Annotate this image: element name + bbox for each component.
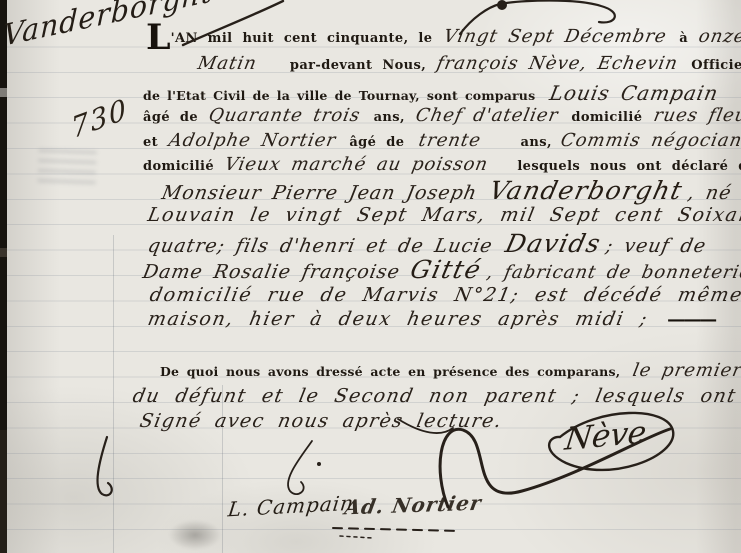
- act-line-4: âgé de Quarante trois ans, Chef d'atelie…: [143, 105, 741, 126]
- act-line-1: L'AN mil huit cent cinquante, le Vingt S…: [146, 24, 741, 52]
- act-line-9: quatre; fils d'henri et de Lucie Davids …: [148, 229, 706, 258]
- handwritten-text: Matin: [196, 53, 259, 74]
- printed-text: Officier: [691, 58, 741, 73]
- printed-text: De quoi nous avons dressé acte en présen…: [160, 364, 620, 379]
- handwritten-closing: Signé avec nous après lecture.: [138, 410, 505, 432]
- signature-witness2: Ad. Nortier: [343, 491, 484, 520]
- printed-text: âgé de: [349, 135, 404, 150]
- printed-text: ans,: [521, 135, 552, 150]
- act-line-14: du défunt et le Second non parent ; lesq…: [133, 385, 736, 407]
- handwritten-witness2-name: Adolphe Nortier: [167, 130, 338, 151]
- act-line-10: Dame Rosalie françoise Gitté , fabricant…: [143, 255, 741, 284]
- handwritten-wife-surname: Gitté: [408, 255, 485, 284]
- printed-text: de l'Etat Civil de la ville de Tournay, …: [143, 88, 535, 103]
- act-line-3: de l'Etat Civil de la ville de Tournay, …: [143, 81, 719, 105]
- act-line-12: maison, hier à deux heures après midi ; …: [148, 308, 715, 330]
- act-line-5: et Adolphe Nortier âgé de trente ans, Co…: [143, 130, 741, 151]
- handwritten-widow-of: Dame Rosalie françoise: [141, 261, 402, 283]
- handwritten-parents: quatre; fils d'henri et de Lucie: [146, 235, 495, 257]
- act-line-2: Matin par-devant Nous, françois Nève, Ec…: [198, 53, 741, 74]
- handwritten-address: Vieux marché au poisson: [223, 154, 490, 175]
- handwritten-profession: Chef d'atelier: [414, 105, 560, 126]
- handwritten-text: , né à: [686, 182, 741, 204]
- act-line-13: De quoi nous avons dressé acte en présen…: [160, 360, 741, 381]
- handwritten-age: Quarante trois: [207, 105, 362, 126]
- printed-text: lesquels nous ont déclaré que: [517, 159, 741, 174]
- handwritten-profession: Commis négociant: [559, 130, 741, 151]
- page-binding-edge: [0, 0, 7, 553]
- fold-crease-left: [113, 235, 114, 553]
- act-line-7: Monsieur Pierre Jean Joseph Vanderborght…: [162, 176, 741, 205]
- handwritten-date: Vingt Sept Décembre: [442, 26, 669, 47]
- act-line-15: Signé avec nous après lecture.: [140, 410, 502, 432]
- printed-text: domicilié: [143, 159, 214, 174]
- handwritten-mother-surname: Davids: [502, 229, 604, 258]
- handwritten-text: Monsieur Pierre Jean Joseph: [160, 182, 479, 204]
- handwritten-address: rues fleuries: [651, 105, 741, 126]
- printed-text: domicilié: [571, 110, 642, 125]
- drop-cap: L: [146, 17, 171, 58]
- terminal-dash: ———: [667, 309, 715, 330]
- handwritten-officer-name: françois Nève, Echevin: [435, 53, 680, 74]
- ink-smudge: [160, 515, 230, 553]
- handwritten-deceased-surname: Vanderborght: [487, 176, 686, 205]
- printed-text: à: [679, 31, 688, 46]
- handwritten-text: du défunt et le Second non parent ; lesq…: [131, 385, 739, 407]
- handwritten-death-time: maison, hier à deux heures après midi ;: [146, 308, 650, 330]
- handwritten-profession: , fabricant de bonneteries: [484, 262, 741, 283]
- handwritten-hour: onze: [697, 26, 741, 47]
- printed-text: ans,: [374, 110, 405, 125]
- act-line-6: domicilié Vieux marché au poisson lesque…: [143, 154, 741, 175]
- handwritten-death-address: domicilié rue de Marvis N°21; est décédé…: [148, 284, 741, 306]
- act-line-8: Louvain le vingt Sept Mars, mil Sept cen…: [148, 204, 741, 226]
- ink-bleedthrough: [37, 149, 96, 191]
- handwritten-birthdate: Louvain le vingt Sept Mars, mil Sept cen…: [146, 204, 741, 226]
- handwritten-text: ; veuf de: [604, 235, 708, 257]
- signature-officer: Nève: [563, 414, 649, 458]
- printed-text: âgé de: [143, 110, 198, 125]
- handwritten-age: trente: [417, 130, 483, 151]
- printed-text: par-devant Nous,: [290, 58, 426, 73]
- handwritten-text: le premier neveu: [631, 360, 741, 381]
- handwritten-witness1-name: Louis Campain: [548, 81, 721, 105]
- act-line-11: domicilié rue de Marvis N°21; est décédé…: [150, 284, 741, 306]
- printed-text: 'AN mil huit cent cinquante, le: [171, 31, 433, 46]
- printed-text: et: [143, 135, 158, 150]
